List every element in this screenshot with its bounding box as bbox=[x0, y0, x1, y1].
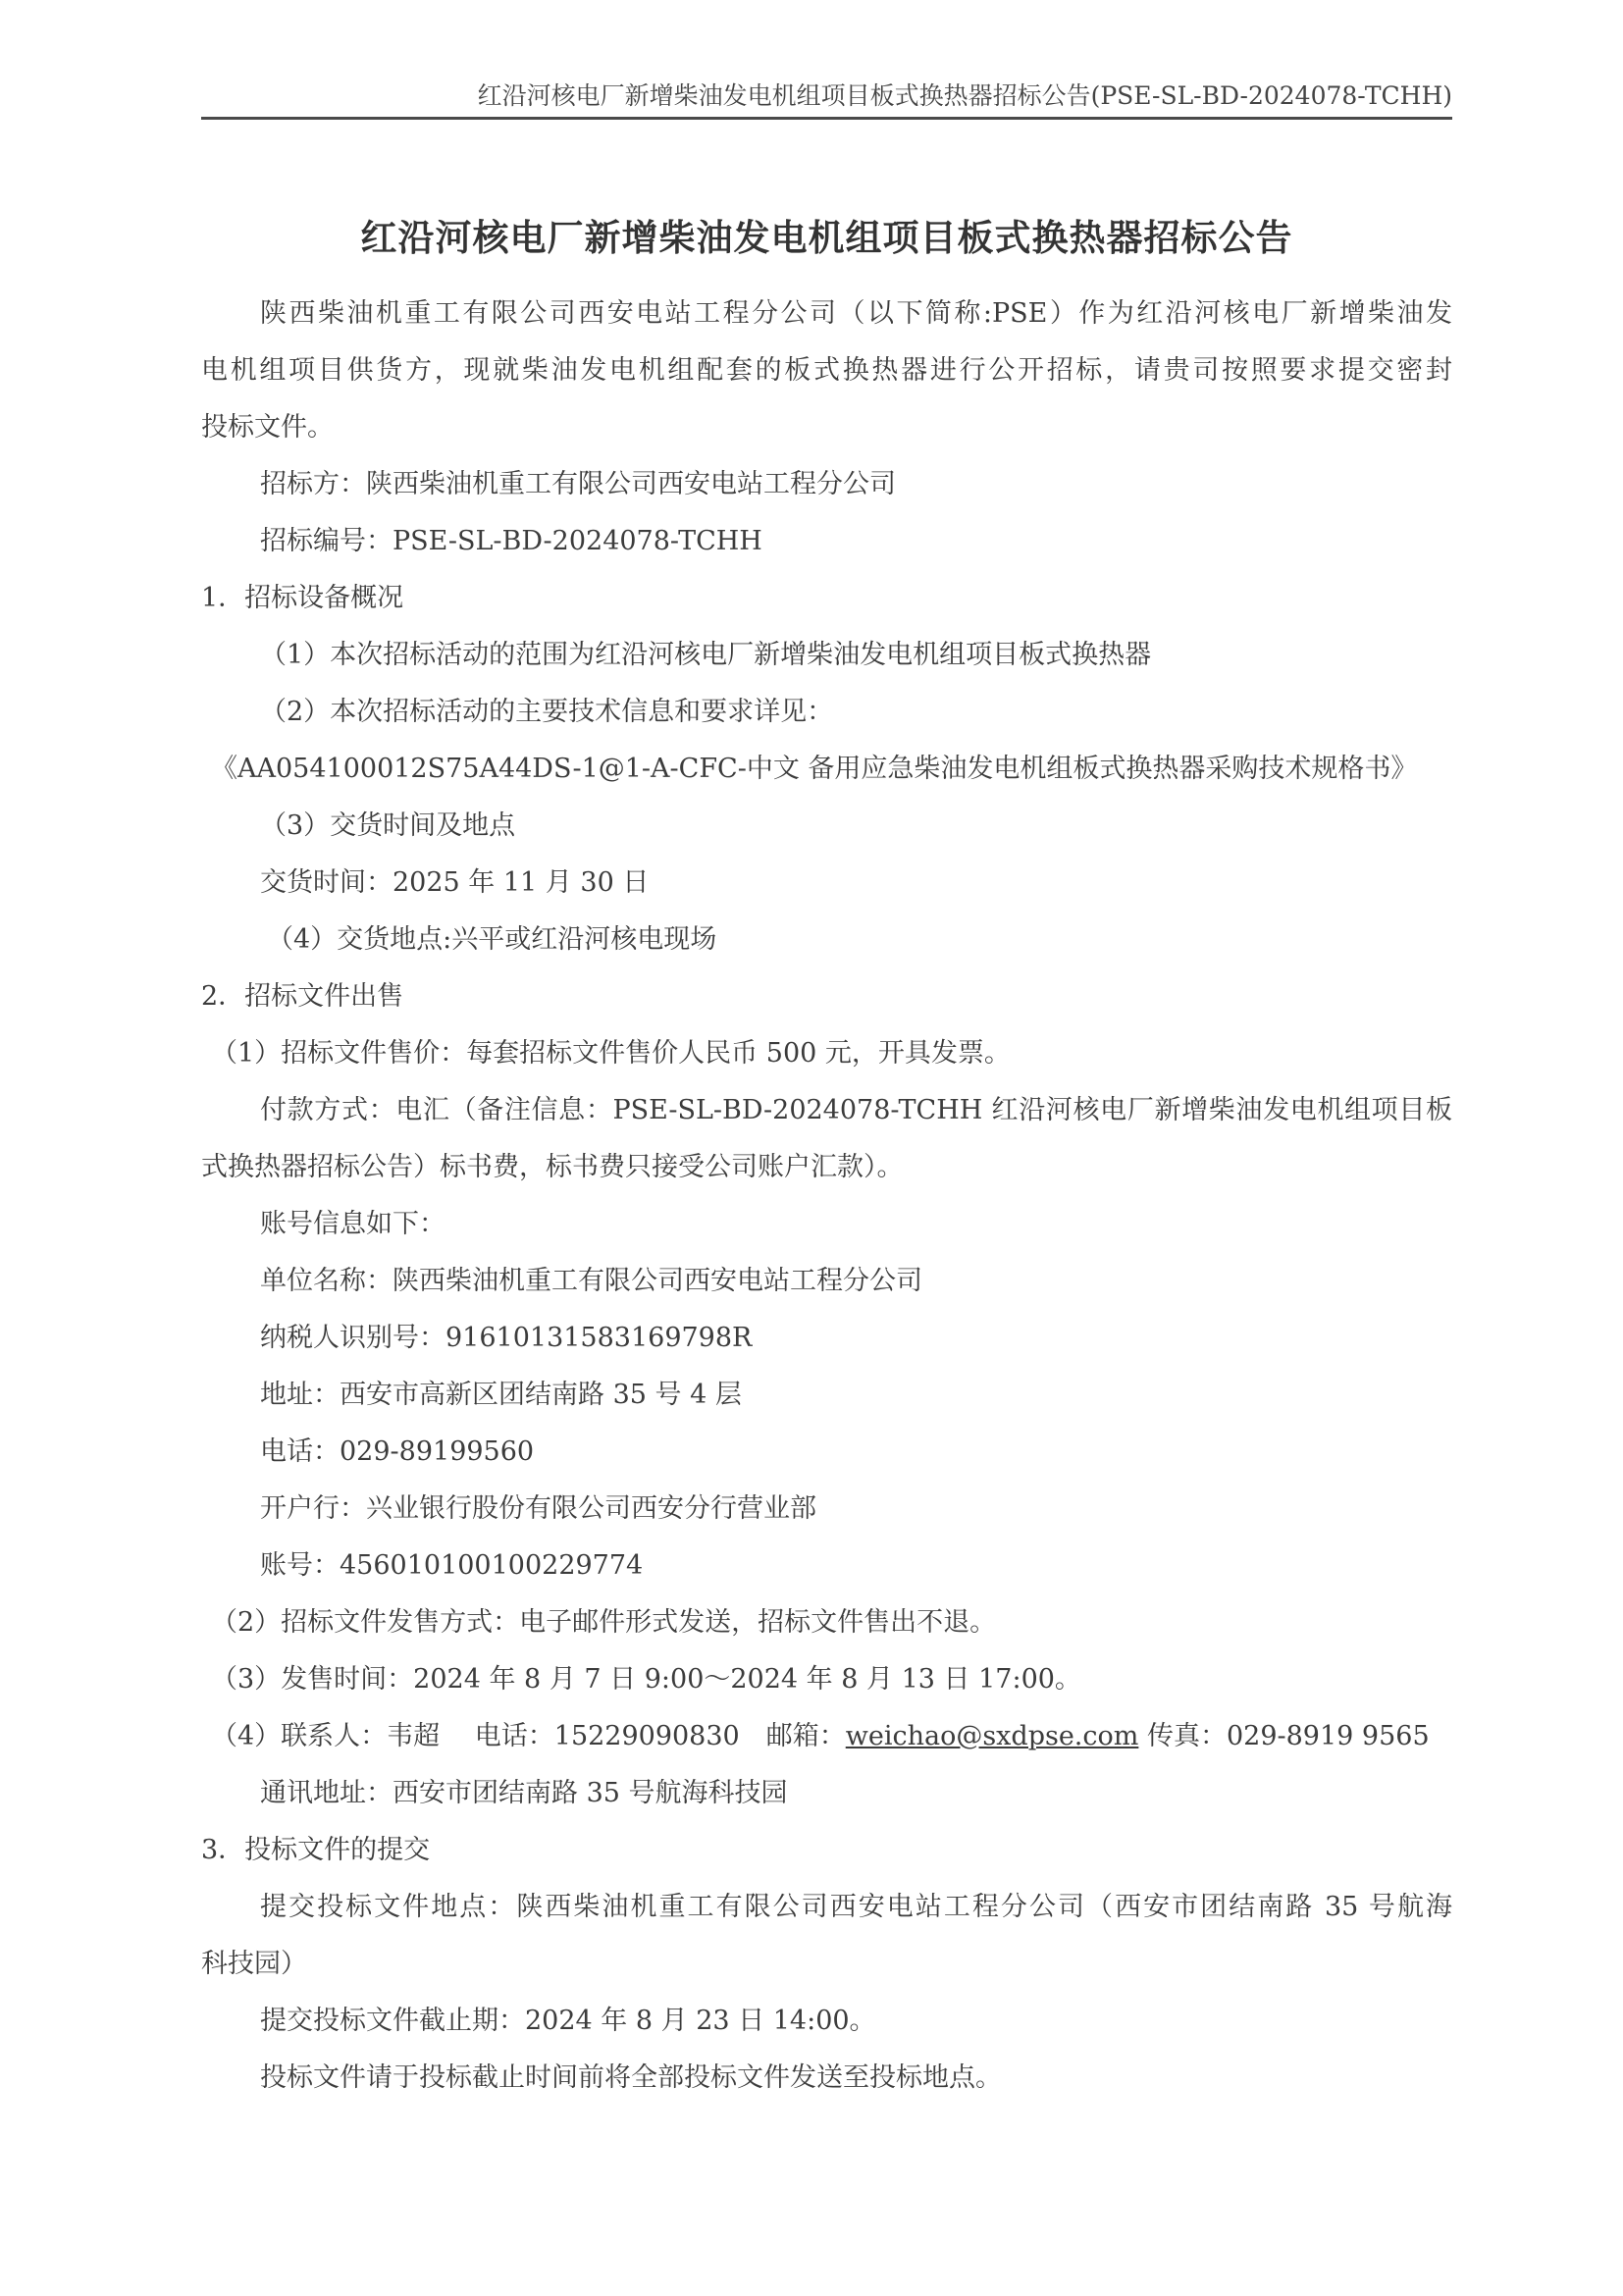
section-3-heading: 3．投标文件的提交 bbox=[201, 1833, 430, 1868]
intro-line-1: 陕西柴油机重工有限公司西安电站工程分公司（以下简称:PSE）作为红沿河核电厂新增… bbox=[260, 296, 1452, 332]
section-1-heading: 1．招标设备概况 bbox=[201, 581, 403, 616]
delivery-time: 交货时间：2025 年 11 月 30 日 bbox=[260, 865, 649, 901]
running-header-code: (PSE-SL-BD-2024078-TCHH) bbox=[1091, 81, 1452, 110]
contact-person-phone: （4）联系人：韦超 电话：15229090830 邮箱： bbox=[211, 1721, 846, 1751]
running-header-title: 红沿河核电厂新增柴油发电机组项目板式换热器招标公告 bbox=[478, 81, 1091, 110]
tax-id: 纳税人识别号：91610131583169798R bbox=[260, 1321, 752, 1356]
submission-note: 投标文件请于投标截止时间前将全部投标文件发送至投标地点。 bbox=[260, 2061, 1002, 2096]
account-number: 账号：456010100100229774 bbox=[260, 1548, 643, 1584]
section-2-item-3: （3）发售时间：2024 年 8 月 7 日 9:00～2024 年 8 月 1… bbox=[211, 1662, 1081, 1697]
bank-name: 开户行：兴业银行股份有限公司西安分行营业部 bbox=[260, 1491, 816, 1527]
account-intro: 账号信息如下： bbox=[260, 1207, 445, 1242]
section-2-item-1: （1）招标文件售价：每套招标文件售价人民币 500 元，开具发票。 bbox=[211, 1036, 1011, 1071]
company-address: 地址：西安市高新区团结南路 35 号 4 层 bbox=[260, 1378, 742, 1413]
payment-line-2: 式换热器招标公告）标书费，标书费只接受公司账户汇款）。 bbox=[201, 1150, 904, 1185]
mail-address: 通讯地址：西安市团结南路 35 号航海科技园 bbox=[260, 1776, 788, 1811]
section-1-item-4: （4）交货地点:兴平或红沿河核电现场 bbox=[267, 922, 716, 958]
intro-line-2: 电机组项目供货方，现就柴油发电机组配套的板式换热器进行公开招标，请贵司按照要求提… bbox=[201, 353, 1452, 389]
contact-fax: 传真：029-8919 9565 bbox=[1138, 1721, 1429, 1751]
intro-line-3: 投标文件。 bbox=[201, 410, 334, 445]
company-phone: 电话：029-89199560 bbox=[260, 1435, 534, 1470]
header-divider bbox=[201, 117, 1452, 120]
payment-line-1: 付款方式：电汇（备注信息：PSE-SL-BD-2024078-TCHH 红沿河核… bbox=[260, 1093, 1452, 1128]
section-1-item-2: （2）本次招标活动的主要技术信息和要求详见： bbox=[260, 695, 833, 730]
contact-email-link[interactable]: weichao@sxdpse.com bbox=[846, 1721, 1139, 1751]
section-2-heading: 2．招标文件出售 bbox=[201, 979, 403, 1015]
section-2-item-2: （2）招标文件发售方式：电子邮件形式发送，招标文件售出不退。 bbox=[211, 1605, 996, 1641]
spec-document-ref: 《AA054100012S75A44DS-1@1-A-CFC-中文 备用应急柴油… bbox=[211, 752, 1417, 787]
submission-location-line-2: 科技园） bbox=[201, 1947, 307, 1982]
submission-location-line-1: 提交投标文件地点：陕西柴油机重工有限公司西安电站工程分公司（西安市团结南路 35… bbox=[260, 1890, 1452, 1925]
section-1-item-3: （3）交货时间及地点 bbox=[260, 809, 515, 844]
running-header: 红沿河核电厂新增柴油发电机组项目板式换热器招标公告(PSE-SL-BD-2024… bbox=[201, 77, 1452, 118]
company-name: 单位名称：陕西柴油机重工有限公司西安电站工程分公司 bbox=[260, 1264, 922, 1299]
tenderer: 招标方：陕西柴油机重工有限公司西安电站工程分公司 bbox=[260, 467, 896, 502]
submission-deadline: 提交投标文件截止期：2024 年 8 月 23 日 14:00。 bbox=[260, 2004, 876, 2039]
tender-number: 招标编号：PSE-SL-BD-2024078-TCHH bbox=[260, 524, 762, 559]
document-title: 红沿河核电厂新增柴油发电机组项目板式换热器招标公告 bbox=[201, 208, 1452, 261]
contact-line: （4）联系人：韦超 电话：15229090830 邮箱：weichao@sxdp… bbox=[211, 1719, 1430, 1754]
section-1-item-1: （1）本次招标活动的范围为红沿河核电厂新增柴油发电机组项目板式换热器 bbox=[260, 638, 1151, 673]
